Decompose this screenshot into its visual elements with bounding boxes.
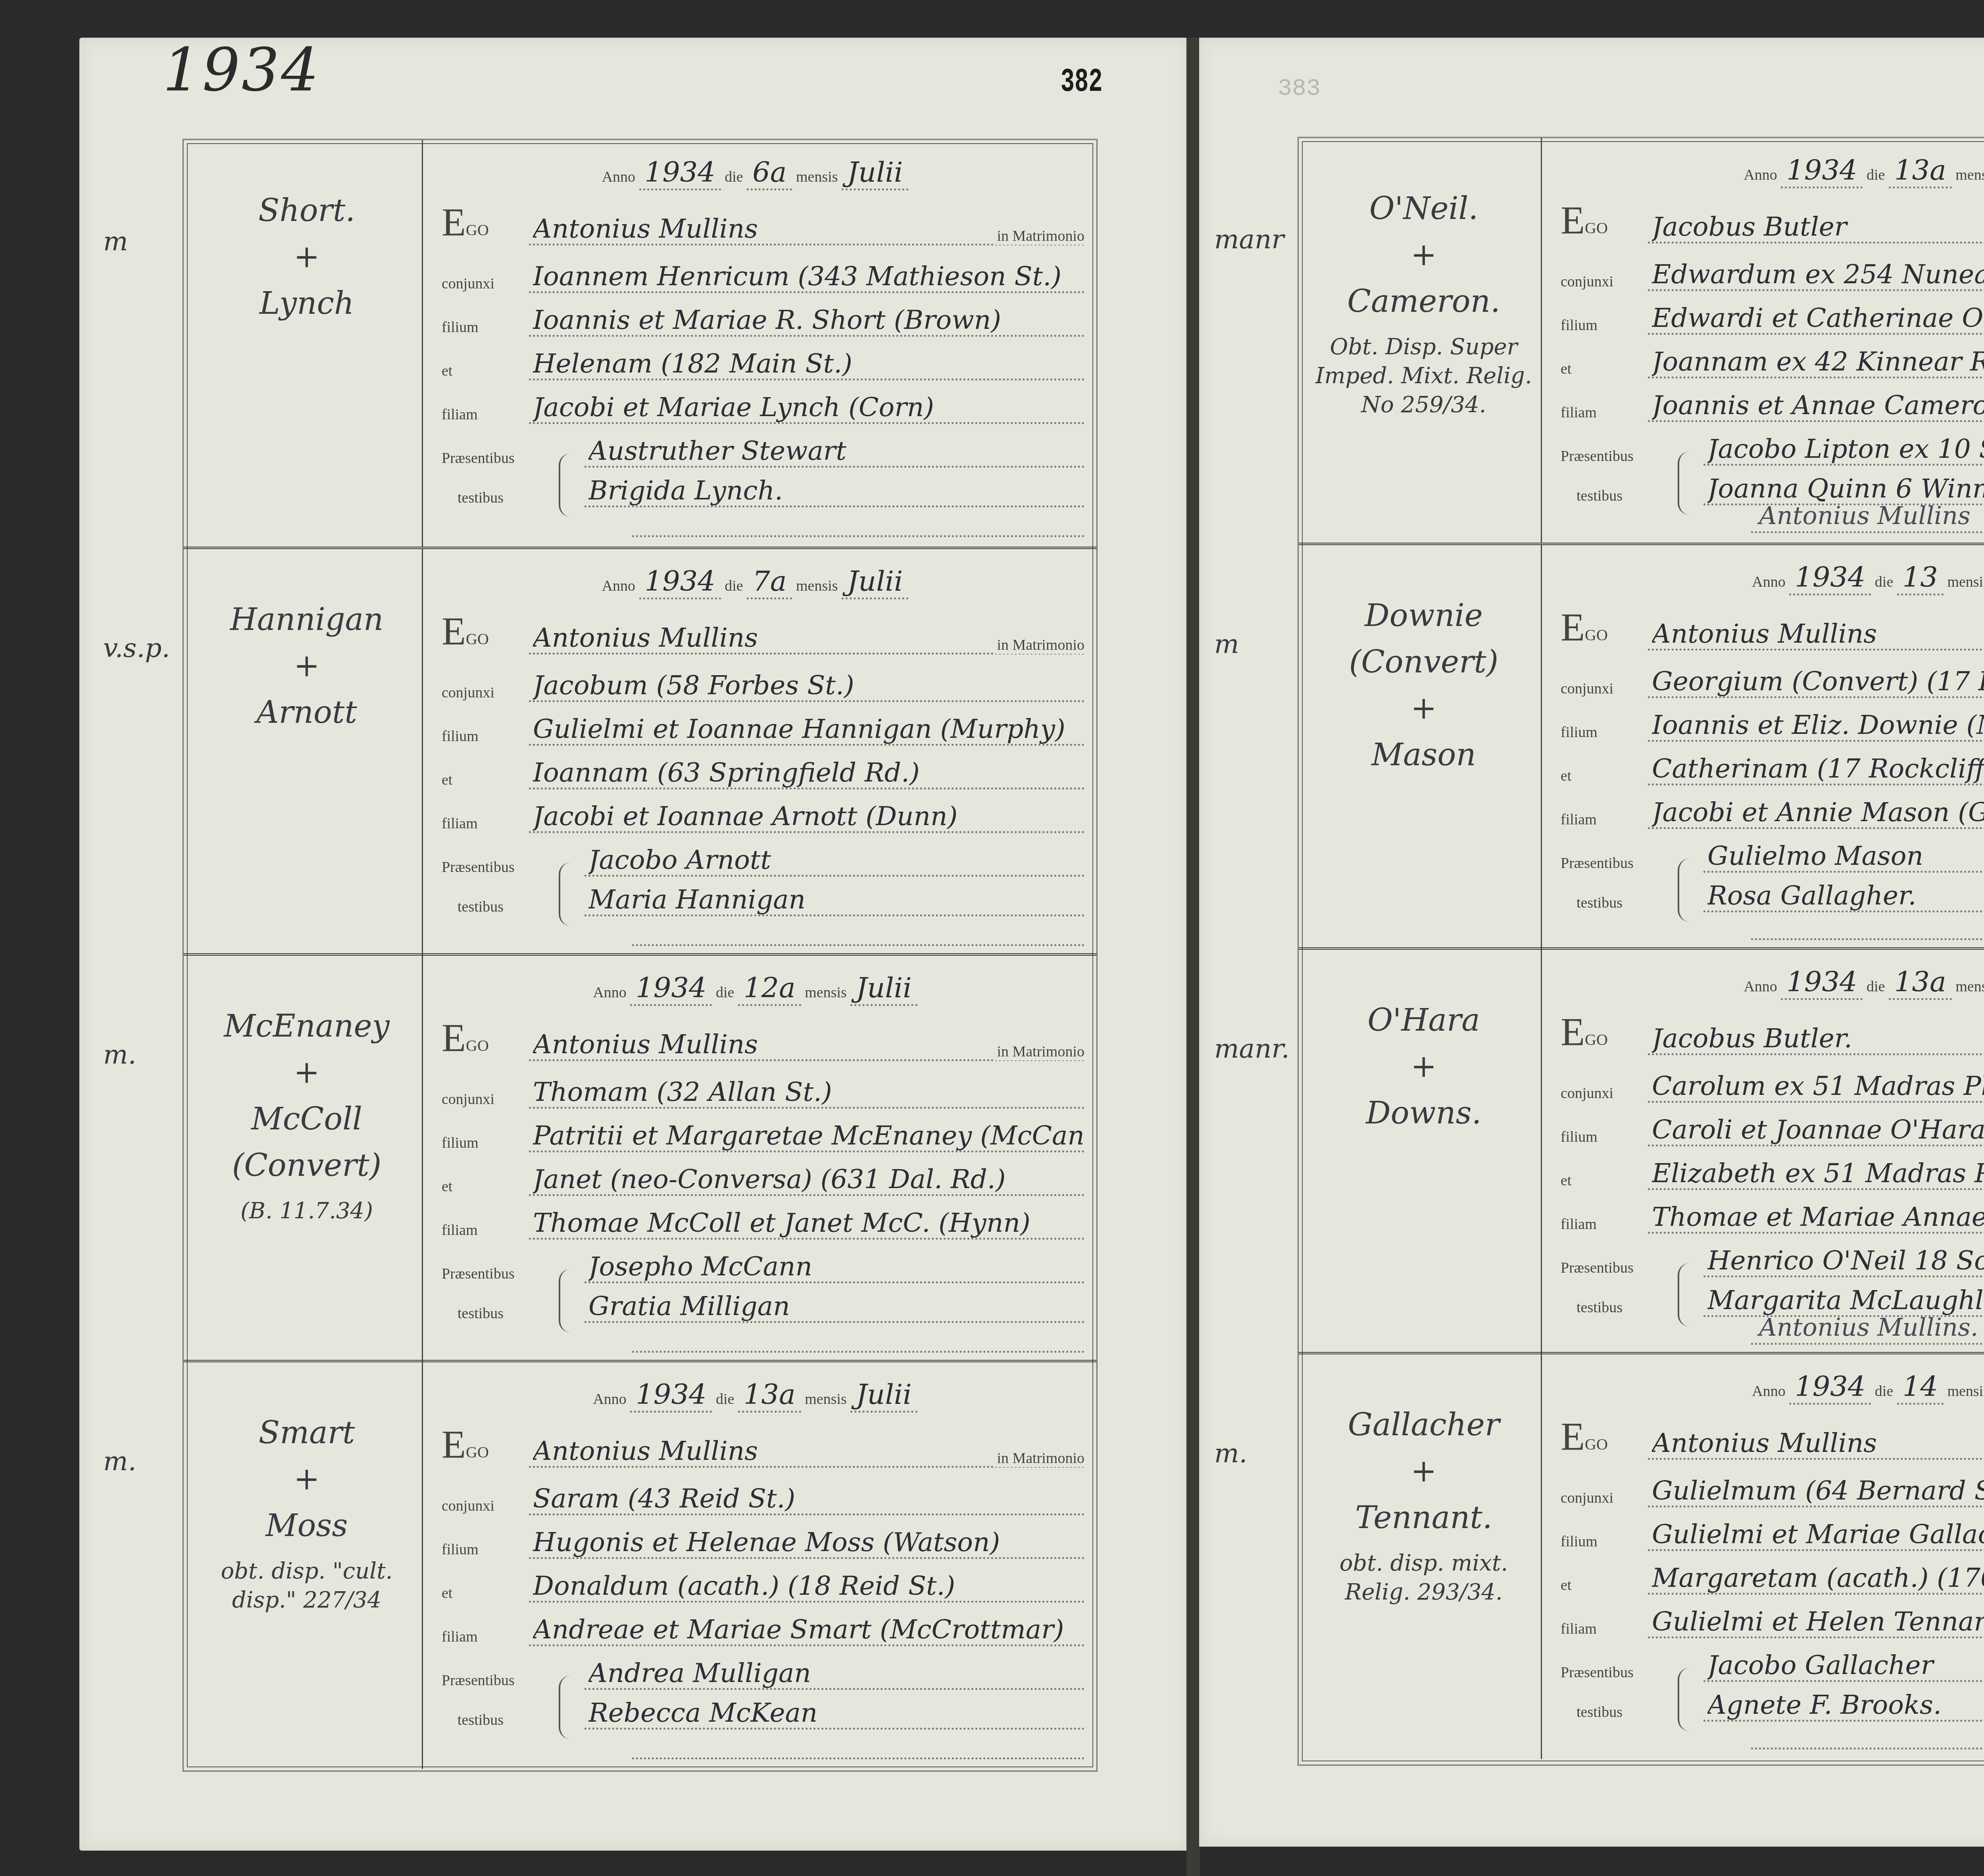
label-mensis: mensis bbox=[801, 984, 851, 1001]
et-line: etMargaretam (acath.) (170 Dalmarnock Rd… bbox=[1561, 1557, 1984, 1600]
label-anno: Anno bbox=[1752, 1383, 1789, 1400]
label-mensis: mensis bbox=[1944, 1383, 1984, 1400]
marriage-entry: Gallacher+Tennant. obt. disp. mixt. Reli… bbox=[1299, 1352, 1984, 1759]
ego-line: EGOAntonius Mullinsin Matrimonio bbox=[442, 1023, 1084, 1067]
signature-line bbox=[632, 1724, 1084, 1759]
groom-parents: Ioannis et Eliz. Downie (Millar) bbox=[1652, 710, 1984, 740]
label-ego: EGO bbox=[442, 1421, 489, 1467]
signature-line bbox=[632, 1317, 1084, 1353]
label-praesentibus: Præsentibus bbox=[1561, 1259, 1634, 1277]
year-value: 1934 bbox=[1789, 561, 1871, 595]
year-value: 1934 bbox=[1781, 966, 1863, 1000]
names-column: Hannigan+Arnott bbox=[184, 549, 423, 956]
marriage-entry: Short.+Lynch Anno 1934 die 6a mensis Jul… bbox=[184, 140, 1096, 547]
dispensation-note: obt. disp. mixt. Relig. 293/34. bbox=[1315, 1549, 1533, 1607]
conjunxi-line: conjunxiSaram (43 Reid St.) bbox=[442, 1477, 1084, 1521]
groom-name: Gulielmum (64 Bernard St.) bbox=[1652, 1475, 1984, 1506]
label-testibus: testibus bbox=[458, 1711, 504, 1729]
label-filium: filium bbox=[1561, 1533, 1598, 1550]
witness-1: Josepho McCann bbox=[588, 1251, 1084, 1282]
label-conjunxi: conjunxi bbox=[442, 684, 494, 701]
names-column: O'Neil.+Cameron. Obt. Disp. Super Imped.… bbox=[1299, 138, 1542, 543]
witness-1: Andrea Mulligan bbox=[588, 1658, 1084, 1688]
ego-line: EGOJacobus Butler.in Matrimonio bbox=[1561, 1017, 1984, 1061]
label-filiam: filiam bbox=[1561, 811, 1597, 828]
label-et: et bbox=[1561, 360, 1571, 378]
label-ego: EGO bbox=[442, 199, 489, 245]
label-filium: filium bbox=[1561, 724, 1598, 741]
witness-1: Jacobo Arnott bbox=[588, 845, 1084, 875]
conjunxi-line: conjunxiCarolum ex 51 Madras Place bbox=[1561, 1065, 1984, 1108]
label-die: die bbox=[1863, 978, 1888, 995]
couple-names: Downie(Convert)+Mason bbox=[1315, 593, 1533, 786]
label-filium: filium bbox=[442, 728, 479, 745]
filium-line: filiumGulielmi et Mariae Gallacher (Fair… bbox=[1561, 1513, 1984, 1557]
year-value: 1934 bbox=[630, 972, 712, 1006]
filiam-line: filiamThomae et Mariae Annae Downs (Drum… bbox=[1561, 1196, 1984, 1239]
groom-name: Ioannem Henricum (343 Mathieson St.) bbox=[533, 261, 1084, 292]
bride-parents: Thomae McColl et Janet McC. (Hynn) bbox=[533, 1208, 1084, 1238]
praesentibus-line: PræsentibusAndrea Mulligan bbox=[442, 1652, 1084, 1696]
label-anno: Anno bbox=[602, 578, 639, 594]
label-in_matrimonio: in Matrimonio bbox=[994, 1450, 1084, 1467]
witness-brace bbox=[559, 1676, 571, 1739]
witness-1: Henrico O'Neil 18 Sorn St. bbox=[1707, 1245, 1984, 1276]
conjunxi-line: conjunxiIoannem Henricum (343 Mathieson … bbox=[442, 255, 1084, 299]
witness-brace bbox=[1678, 858, 1690, 922]
label-praesentibus: Præsentibus bbox=[1561, 447, 1634, 465]
ego-line: EGOAntonius Mullinsin Matrimonio bbox=[442, 207, 1084, 251]
groom-parents: Patritii et Margaretae McEnaney (McCann) bbox=[533, 1120, 1084, 1151]
names-column: Smart+Moss obt. disp. "cult. disp." 227/… bbox=[184, 1362, 423, 1769]
margin-note: v.s.p. bbox=[103, 633, 170, 663]
bride-parents: Jacobi et Mariae Lynch (Corn) bbox=[533, 392, 1084, 422]
label-et: et bbox=[442, 1178, 452, 1195]
et-line: etJoannam ex 42 Kinnear Rd. bbox=[1561, 340, 1984, 384]
bride-parents: Joannis et Annae Cameron (Walker). bbox=[1652, 390, 1984, 421]
label-filiam: filiam bbox=[1561, 404, 1597, 421]
witness-1: Gulielmo Mason bbox=[1707, 841, 1984, 871]
margin-note: m bbox=[103, 226, 128, 257]
ego-line: EGOAntonius Mullinsin Matrimonio bbox=[1561, 1422, 1984, 1465]
label-die: die bbox=[712, 984, 738, 1001]
groom-name: Thomam (32 Allan St.) bbox=[533, 1077, 1084, 1107]
label-ego: EGO bbox=[442, 608, 489, 654]
bride-name: Catherinam (17 Rockcliffe St.) bbox=[1652, 753, 1984, 784]
label-die: die bbox=[1863, 167, 1888, 183]
names-column: Short.+Lynch bbox=[184, 140, 423, 547]
day-value: 13a bbox=[1889, 966, 1952, 1000]
signature-line bbox=[632, 910, 1084, 946]
entry-body: Anno 1934 die 13 mensis Julii EGOAntoniu… bbox=[1545, 545, 1984, 950]
praesentibus-line: PræsentibusJacobo Gallacher bbox=[1561, 1644, 1984, 1688]
witness-1: Jacobo Lipton ex 10 Sorn St. bbox=[1707, 434, 1984, 464]
label-filiam: filiam bbox=[1561, 1620, 1597, 1638]
bride-name: Helenam (182 Main St.) bbox=[533, 348, 1084, 379]
label-filiam: filiam bbox=[442, 406, 478, 423]
label-filium: filium bbox=[442, 1541, 479, 1558]
groom-name: Jacobum (58 Forbes St.) bbox=[533, 670, 1084, 701]
label-testibus: testibus bbox=[1576, 1703, 1623, 1721]
label-praesentibus: Præsentibus bbox=[442, 1672, 515, 1689]
label-mensis: mensis bbox=[1952, 167, 1984, 183]
label-praesentibus: Præsentibus bbox=[442, 858, 515, 876]
witness-brace bbox=[559, 862, 571, 926]
et-line: etElizabeth ex 51 Madras Place. bbox=[1561, 1152, 1984, 1196]
marriage-entry: O'Neil.+Cameron. Obt. Disp. Super Imped.… bbox=[1299, 138, 1984, 543]
label-in_matrimonio: in Matrimonio bbox=[994, 1043, 1084, 1060]
signature-line bbox=[1751, 1714, 1984, 1749]
date-line: Anno 1934 die 7a mensis Julii bbox=[426, 565, 1084, 597]
label-et: et bbox=[442, 771, 452, 789]
label-praesentibus: Præsentibus bbox=[1561, 854, 1634, 872]
entry-body: Anno 1934 die 13a mensis Julii EGOJacobu… bbox=[1545, 138, 1984, 543]
label-in_matrimonio: in Matrimonio bbox=[994, 636, 1084, 654]
ego-line: EGOJacobus Butlerin Matrimonio bbox=[1561, 205, 1984, 249]
label-anno: Anno bbox=[593, 984, 630, 1001]
filium-line: filiumCaroli et Joannae O'Hara (Gemmell) bbox=[1561, 1108, 1984, 1152]
day-value: 13a bbox=[738, 1378, 801, 1413]
label-praesentibus: Præsentibus bbox=[1561, 1664, 1634, 1681]
label-filium: filium bbox=[442, 1134, 479, 1152]
conjunxi-line: conjunxiEdwardum ex 254 Nuneaton St. bbox=[1561, 253, 1984, 297]
praesentibus-line: PræsentibusAustruther Stewart bbox=[442, 430, 1084, 473]
et-line: etDonaldum (acath.) (18 Reid St.) bbox=[442, 1565, 1084, 1608]
couple-names: O'Hara+Downs. bbox=[1315, 997, 1533, 1144]
et-line: etJanet (neo-Conversa) (631 Dal. Rd.) bbox=[442, 1158, 1084, 1202]
dispensation-note: (B. 11.7.34) bbox=[200, 1197, 414, 1226]
signature-line bbox=[632, 501, 1084, 537]
margin-note: m bbox=[1214, 629, 1239, 659]
entry-body: Anno 1934 die 7a mensis Julii EGOAntoniu… bbox=[426, 549, 1084, 956]
conjunxi-line: conjunxiJacobum (58 Forbes St.) bbox=[442, 664, 1084, 708]
date-line: Anno 1934 die 13a mensis Julii bbox=[426, 1378, 1084, 1411]
label-anno: Anno bbox=[1752, 574, 1789, 590]
names-column: Gallacher+Tennant. obt. disp. mixt. Reli… bbox=[1299, 1354, 1542, 1759]
label-testibus: testibus bbox=[458, 898, 504, 916]
label-die: die bbox=[721, 578, 747, 594]
entry-body: Anno 1934 die 13a mensis Julii EGOAntoni… bbox=[426, 1362, 1084, 1769]
entry-body: Anno 1934 die 14 mensis Julii EGOAntoniu… bbox=[1545, 1354, 1984, 1759]
filiam-line: filiamJoannis et Annae Cameron (Walker). bbox=[1561, 384, 1984, 428]
day-value: 13 bbox=[1897, 561, 1944, 595]
bride-name: Janet (neo-Conversa) (631 Dal. Rd.) bbox=[533, 1164, 1084, 1194]
dispensation-note: Obt. Disp. Super Imped. Mixt. Relig. No … bbox=[1315, 333, 1533, 419]
date-line: Anno 1934 die 13a mensis Julii bbox=[1545, 966, 1984, 998]
groom-parents: Gulielmi et Mariae Gallacher (Fairley) bbox=[1652, 1519, 1984, 1550]
officiant-name: Antonius Mullins bbox=[1652, 618, 1984, 649]
label-filium: filium bbox=[1561, 317, 1598, 334]
et-line: etIoannam (63 Springfield Rd.) bbox=[442, 751, 1084, 795]
date-line: Anno 1934 die 13a mensis Julii bbox=[1545, 154, 1984, 186]
label-anno: Anno bbox=[602, 169, 639, 185]
names-column: Downie(Convert)+Mason bbox=[1299, 545, 1542, 950]
label-conjunxi: conjunxi bbox=[1561, 273, 1613, 290]
filiam-line: filiamJacobi et Annie Mason (Gallacher) bbox=[1561, 791, 1984, 835]
year-value: 1934 bbox=[630, 1378, 712, 1413]
filium-line: filiumPatritii et Margaretae McEnaney (M… bbox=[442, 1114, 1084, 1158]
marriage-entry: McEnaney+McColl (Convert) (B. 11.7.34) A… bbox=[184, 953, 1096, 1362]
year-value: 1934 bbox=[1781, 154, 1863, 188]
label-testibus: testibus bbox=[458, 1305, 504, 1322]
praesentibus-line: PræsentibusJacobo Arnott bbox=[442, 839, 1084, 882]
filium-line: filiumIoannis et Mariae R. Short (Brown) bbox=[442, 299, 1084, 342]
book-gutter bbox=[1186, 38, 1200, 1876]
ego-line: EGOAntonius Mullinsin Matrimonio bbox=[442, 1430, 1084, 1473]
bleed-through-number: 383 bbox=[1278, 75, 1321, 102]
witness-brace bbox=[1678, 451, 1690, 515]
margin-note: m. bbox=[103, 1446, 136, 1477]
bride-name: Joannam ex 42 Kinnear Rd. bbox=[1652, 346, 1984, 377]
label-et: et bbox=[1561, 1172, 1571, 1189]
month-value: Julii bbox=[842, 565, 908, 599]
filiam-line: filiamJacobi et Mariae Lynch (Corn) bbox=[442, 386, 1084, 430]
bride-parents: Gulielmi et Helen Tennant (Strang). bbox=[1652, 1606, 1984, 1637]
couple-names: O'Neil.+Cameron. Obt. Disp. Super Imped.… bbox=[1315, 186, 1533, 419]
margin-note: manr bbox=[1214, 224, 1284, 255]
praesentibus-line: PræsentibusGulielmo Mason bbox=[1561, 835, 1984, 878]
label-et: et bbox=[442, 362, 452, 380]
bride-name: Donaldum (acath.) (18 Reid St.) bbox=[533, 1571, 1084, 1601]
dispensation-note: obt. disp. "cult. disp." 227/34 bbox=[200, 1557, 414, 1615]
bride-name: Ioannam (63 Springfield Rd.) bbox=[533, 757, 1084, 788]
label-ego: EGO bbox=[1561, 1009, 1608, 1054]
bride-parents: Thomae et Mariae Annae Downs (Drummond) bbox=[1652, 1202, 1984, 1232]
date-line: Anno 1934 die 13 mensis Julii bbox=[1545, 561, 1984, 593]
ego-line: EGOAntonius Mullinsin Matrimonio bbox=[1561, 613, 1984, 656]
groom-parents: Gulielmi et Ioannae Hannigan (Murphy) bbox=[533, 714, 1084, 744]
marriage-entry: Smart+Moss obt. disp. "cult. disp." 227/… bbox=[184, 1360, 1096, 1769]
label-filiam: filiam bbox=[442, 1221, 478, 1239]
conjunxi-line: conjunxiGulielmum (64 Bernard St.) bbox=[1561, 1469, 1984, 1513]
year-value: 1934 bbox=[639, 156, 721, 190]
et-line: etHelenam (182 Main St.) bbox=[442, 342, 1084, 386]
label-conjunxi: conjunxi bbox=[442, 1497, 494, 1515]
label-testibus: testibus bbox=[1576, 1299, 1623, 1316]
praesentibus-line: PræsentibusJosepho McCann bbox=[442, 1245, 1084, 1289]
label-testibus: testibus bbox=[458, 489, 504, 507]
bride-parents: Andreae et Mariae Smart (McCrottmar) bbox=[533, 1614, 1084, 1645]
marriage-entry: Hannigan+Arnott Anno 1934 die 7a mensis … bbox=[184, 547, 1096, 956]
label-ego: EGO bbox=[1561, 604, 1608, 650]
margin-note: m. bbox=[1214, 1438, 1248, 1469]
label-die: die bbox=[1871, 574, 1897, 590]
groom-name: Carolum ex 51 Madras Place bbox=[1652, 1071, 1984, 1101]
bride-name: Margaretam (acath.) (170 Dalmarnock Rd.) bbox=[1652, 1563, 1984, 1593]
witness-brace bbox=[559, 453, 571, 517]
margin-note: manr. bbox=[1214, 1033, 1290, 1064]
left-page-number: 382 bbox=[1061, 63, 1103, 101]
conjunxi-line: conjunxiThomam (32 Allan St.) bbox=[442, 1071, 1084, 1114]
label-testibus: testibus bbox=[1576, 894, 1623, 912]
label-ego: EGO bbox=[1561, 1413, 1608, 1459]
date-line: Anno 1934 die 12a mensis Julii bbox=[426, 972, 1084, 1004]
bride-parents: Jacobi et Annie Mason (Gallacher) bbox=[1652, 797, 1984, 828]
signature: Antonius Mullins. bbox=[1759, 1313, 1978, 1342]
label-ego: EGO bbox=[442, 1015, 489, 1060]
couple-names: Smart+Moss obt. disp. "cult. disp." 227/… bbox=[200, 1410, 414, 1615]
entry-body: Anno 1934 die 6a mensis Julii EGOAntoniu… bbox=[426, 140, 1084, 547]
left-register-table: Short.+Lynch Anno 1934 die 6a mensis Jul… bbox=[183, 139, 1098, 1772]
witness-brace bbox=[559, 1269, 571, 1333]
filiam-line: filiamGulielmi et Helen Tennant (Strang)… bbox=[1561, 1600, 1984, 1644]
couple-names: McEnaney+McColl (Convert) (B. 11.7.34) bbox=[200, 1003, 414, 1226]
label-die: die bbox=[721, 169, 747, 185]
groom-parents: Edwardi et Catherinae O'Neil (Fullerton) bbox=[1652, 303, 1984, 333]
label-et: et bbox=[442, 1584, 452, 1602]
bride-parents: Jacobi et Ioannae Arnott (Dunn) bbox=[533, 801, 1084, 831]
marriage-entry: Downie(Convert)+Mason Anno 1934 die 13 m… bbox=[1299, 543, 1984, 950]
groom-parents: Hugonis et Helenae Moss (Watson) bbox=[533, 1527, 1084, 1557]
witness-brace bbox=[1678, 1263, 1690, 1327]
witness-1: Austruther Stewart bbox=[588, 436, 1084, 466]
label-mensis: mensis bbox=[801, 1391, 851, 1407]
label-et: et bbox=[1561, 1576, 1571, 1594]
ego-line: EGOAntonius Mullinsin Matrimonio bbox=[442, 616, 1084, 660]
label-praesentibus: Præsentibus bbox=[442, 1265, 515, 1283]
label-filiam: filiam bbox=[442, 1628, 478, 1646]
filium-line: filiumEdwardi et Catherinae O'Neil (Full… bbox=[1561, 297, 1984, 340]
label-in_matrimonio: in Matrimonio bbox=[994, 227, 1084, 245]
label-anno: Anno bbox=[1744, 167, 1781, 183]
et-line: etCatherinam (17 Rockcliffe St.) bbox=[1561, 747, 1984, 791]
day-value: 12a bbox=[738, 972, 801, 1006]
marriage-entry: O'Hara+Downs. Anno 1934 die 13a mensis J… bbox=[1299, 947, 1984, 1354]
signature-line bbox=[1751, 904, 1984, 940]
label-testibus: testibus bbox=[1576, 487, 1623, 505]
day-value: 7a bbox=[747, 565, 792, 599]
filiam-line: filiamThomae McColl et Janet McC. (Hynn) bbox=[442, 1202, 1084, 1245]
label-die: die bbox=[1871, 1383, 1897, 1400]
label-die: die bbox=[712, 1391, 738, 1407]
filium-line: filiumIoannis et Eliz. Downie (Millar) bbox=[1561, 704, 1984, 747]
witness-1: Jacobo Gallacher bbox=[1707, 1650, 1984, 1680]
label-conjunxi: conjunxi bbox=[1561, 1489, 1613, 1507]
margin-note: m. bbox=[103, 1039, 136, 1070]
right-register-table: O'Neil.+Cameron. Obt. Disp. Super Imped.… bbox=[1298, 137, 1984, 1766]
label-filiam: filiam bbox=[1561, 1215, 1597, 1233]
groom-name: Georgium (Convert) (17 Rockcliffe St.) bbox=[1652, 666, 1984, 697]
label-ego: EGO bbox=[1561, 197, 1608, 243]
handwritten-year: 1934 bbox=[163, 36, 321, 105]
label-et: et bbox=[1561, 767, 1571, 785]
month-value: Julii bbox=[850, 1378, 917, 1413]
month-value: Julii bbox=[850, 972, 917, 1006]
names-column: O'Hara+Downs. bbox=[1299, 950, 1542, 1354]
groom-name: Saram (43 Reid St.) bbox=[533, 1483, 1084, 1514]
month-value: Julii bbox=[842, 156, 908, 190]
signature-line: Antonius Mullins. bbox=[1751, 1309, 1984, 1345]
label-conjunxi: conjunxi bbox=[1561, 1085, 1613, 1102]
year-value: 1934 bbox=[639, 565, 721, 599]
groom-parents: Caroli et Joannae O'Hara (Gemmell) bbox=[1652, 1114, 1984, 1145]
day-value: 13a bbox=[1889, 154, 1952, 188]
filium-line: filiumGulielmi et Ioannae Hannigan (Murp… bbox=[442, 708, 1084, 751]
label-mensis: mensis bbox=[1952, 978, 1984, 995]
couple-names: Gallacher+Tennant. obt. disp. mixt. Reli… bbox=[1315, 1402, 1533, 1607]
filiam-line: filiamJacobi et Ioannae Arnott (Dunn) bbox=[442, 795, 1084, 839]
label-filiam: filiam bbox=[442, 815, 478, 832]
day-value: 6a bbox=[747, 156, 792, 190]
officiant-name: Antonius Mullins bbox=[1652, 1428, 1984, 1458]
date-line: Anno 1934 die 14 mensis Julii bbox=[1545, 1370, 1984, 1403]
witness-brace bbox=[1678, 1668, 1690, 1731]
label-conjunxi: conjunxi bbox=[1561, 680, 1613, 697]
signature-line: Antonius Mullins bbox=[1751, 497, 1984, 533]
groom-parents: Ioannis et Mariae R. Short (Brown) bbox=[533, 305, 1084, 335]
label-conjunxi: conjunxi bbox=[442, 275, 494, 292]
label-anno: Anno bbox=[593, 1391, 630, 1407]
label-filium: filium bbox=[1561, 1128, 1598, 1146]
label-anno: Anno bbox=[1744, 978, 1781, 995]
label-praesentibus: Præsentibus bbox=[442, 449, 515, 467]
filium-line: filiumHugonis et Helenae Moss (Watson) bbox=[442, 1521, 1084, 1565]
entry-body: Anno 1934 die 13a mensis Julii EGOJacobu… bbox=[1545, 950, 1984, 1354]
officiant-name: Jacobus Butler bbox=[1652, 211, 1984, 242]
label-mensis: mensis bbox=[1944, 574, 1984, 590]
praesentibus-line: PræsentibusJacobo Lipton ex 10 Sorn St. bbox=[1561, 428, 1984, 471]
couple-names: Short.+Lynch bbox=[200, 188, 414, 335]
date-line: Anno 1934 die 6a mensis Julii bbox=[426, 156, 1084, 188]
praesentibus-line: PræsentibusHenrico O'Neil 18 Sorn St. bbox=[1561, 1239, 1984, 1283]
label-mensis: mensis bbox=[792, 169, 842, 185]
label-mensis: mensis bbox=[792, 578, 842, 594]
label-conjunxi: conjunxi bbox=[442, 1091, 494, 1108]
officiant-name: Jacobus Butler. bbox=[1652, 1023, 1984, 1054]
couple-names: Hannigan+Arnott bbox=[200, 597, 414, 744]
year-value: 1934 bbox=[1789, 1370, 1871, 1405]
groom-name: Edwardum ex 254 Nuneaton St. bbox=[1652, 259, 1984, 290]
bride-name: Elizabeth ex 51 Madras Place. bbox=[1652, 1158, 1984, 1189]
conjunxi-line: conjunxiGeorgium (Convert) (17 Rockcliff… bbox=[1561, 660, 1984, 704]
entry-body: Anno 1934 die 12a mensis Julii EGOAntoni… bbox=[426, 956, 1084, 1362]
day-value: 14 bbox=[1897, 1370, 1944, 1405]
filiam-line: filiamAndreae et Mariae Smart (McCrottma… bbox=[442, 1608, 1084, 1652]
signature: Antonius Mullins bbox=[1759, 501, 1971, 530]
names-column: McEnaney+McColl (Convert) (B. 11.7.34) bbox=[184, 956, 423, 1362]
label-filium: filium bbox=[442, 319, 479, 336]
